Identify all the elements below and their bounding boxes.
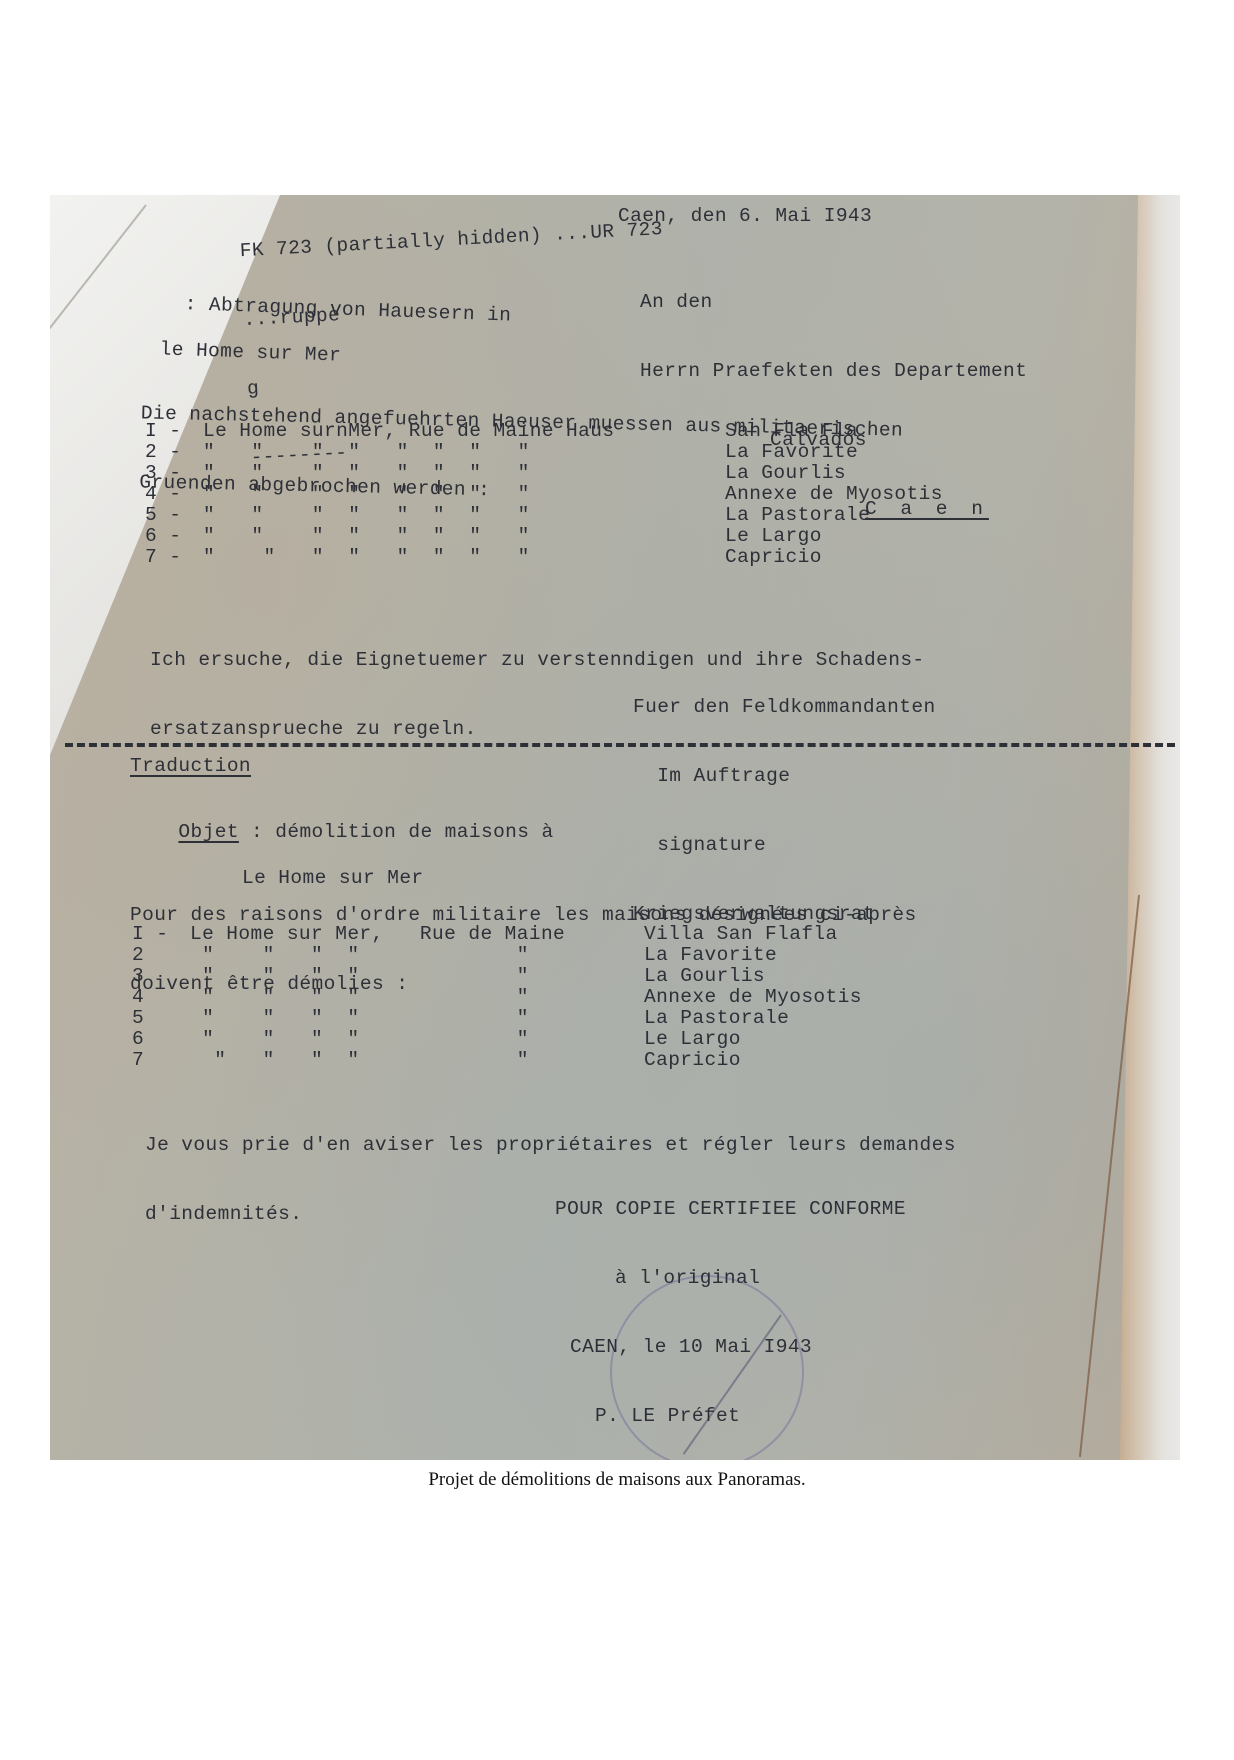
list-item-address: " " " " " " " " [203,441,530,462]
list-item: 6 " " " " "Le Largo [132,1028,565,1049]
dashed-divider [65,743,1175,747]
list-item: I -Le Home surnMer, Rue de Maine HausSan… [145,420,614,441]
paper-edge [1120,195,1180,1460]
list-item-house-name: Annexe de Myosotis [644,986,862,1009]
subject-line: Abtragung von Hauesern in [209,294,512,327]
list-item-number: I - [145,420,203,441]
certification-line: P. LE Préfet [555,1405,966,1428]
subject-label: : [184,293,197,315]
signoff-line: Im Auftrage [633,765,936,788]
objet-label: Objet [178,821,239,843]
certification-line: POUR COPIE CERTIFIEE CONFORME [555,1198,966,1221]
objet-line: : démolition de maisons à [251,821,554,843]
list-item-house-name: La Pastorale [644,1007,789,1030]
list-item-number: 3 [132,965,190,986]
list-item-address: " " " " " " " " [203,462,530,483]
list-item-number: 3 - [145,462,203,483]
list-item-number: 5 - [145,504,203,525]
list-item-number: 5 [132,1007,190,1028]
list-item-address: " " " " " [190,965,529,986]
list-item: 5 -" " " " " " " "La Pastorale [145,504,614,525]
list-item: I -Le Home sur Mer, Rue de MaineVilla Sa… [132,923,565,944]
list-item-house-name: La Gourlis [725,462,846,485]
list-item: 2 " " " " "La Favorite [132,944,565,965]
list-item-address: " " " " " [190,1028,529,1049]
signoff-line: signature [633,834,936,857]
list-item: 6 -" " " " " " " "Le Largo [145,525,614,546]
list-item-number: I - [132,923,190,944]
figure-caption: Projet de démolitions de maisons aux Pan… [0,1469,1234,1491]
certification-line: CAEN, le 10 Mai I943 [555,1336,966,1359]
translation-title: Traduction [130,755,251,778]
list-item: 5 " " " " "La Pastorale [132,1007,565,1028]
list-item-number: 7 - [145,546,203,567]
list-item-number: 2 [132,944,190,965]
reference-line: FK 723 (partially hidden) ...UR 723 [239,218,663,263]
list-item-address: " " " " " [190,986,529,1007]
list-item-house-name: La Pastorale [725,504,870,527]
house-list-french: I -Le Home sur Mer, Rue de MaineVilla Sa… [132,923,565,1070]
list-item-house-name: Villa San Flafla [644,923,838,946]
certification-block: POUR COPIE CERTIFIEE CONFORME à l'origin… [555,1152,966,1460]
list-item-address: Le Home surnMer, Rue de Maine Haus [203,420,614,441]
list-item-address: Le Home sur Mer, Rue de Maine [190,923,565,944]
house-list-german: I -Le Home surnMer, Rue de Maine HausSan… [145,420,614,567]
list-item-address: " " " " " " " " [203,525,530,546]
list-item-house-name: San Fla Fla [725,420,858,443]
list-item-house-name: Capricio [644,1049,741,1072]
list-item-address: " " " " " [190,1007,529,1028]
list-item-house-name: La Favorite [644,944,777,967]
list-item-number: 2 - [145,441,203,462]
list-item-house-name: Capricio [725,546,822,569]
list-item-address: " " " " " [190,1049,529,1070]
list-item-number: 7 [132,1049,190,1070]
signoff-line: Fuer den Feldkommandanten [633,696,936,719]
list-item: 4 -" " " " " " " "Annexe de Myosotis [145,483,614,504]
list-item-house-name: La Gourlis [644,965,765,988]
list-item-address: " " " " " " " " [203,483,530,504]
list-item-address: " " " " " " " " [203,546,530,567]
list-item-house-name: Le Largo [644,1028,741,1051]
list-item-address: " " " " " " " " [203,504,530,525]
date-line: Caen, den 6. Mai I943 [618,205,872,228]
list-item: 4 " " " " "Annexe de Myosotis [132,986,565,1007]
list-item-number: 4 - [145,483,203,504]
list-item-house-name: La Favorite [725,441,858,464]
list-item-address: " " " " " [190,944,529,965]
list-item: 3 -" " " " " " " "La Gourlis [145,462,614,483]
list-item-number: 6 - [145,525,203,546]
list-item-house-name: Annexe de Myosotis [725,483,943,506]
list-item: 2 -" " " " " " " "La Favorite [145,441,614,462]
list-item: 3 " " " " "La Gourlis [132,965,565,986]
list-item-number: 6 [132,1028,190,1049]
recipient-line: An den [640,291,1027,314]
list-item: 7 " " " " "Capricio [132,1049,565,1070]
certification-line: à l'original [555,1267,966,1290]
list-item-house-name: Le Largo [725,525,822,548]
list-item: 7 -" " " " " " " "Capricio [145,546,614,567]
list-item-number: 4 [132,986,190,1007]
document-photo: FK 723 (partially hidden) ...UR 723 ...r… [50,195,1180,1460]
